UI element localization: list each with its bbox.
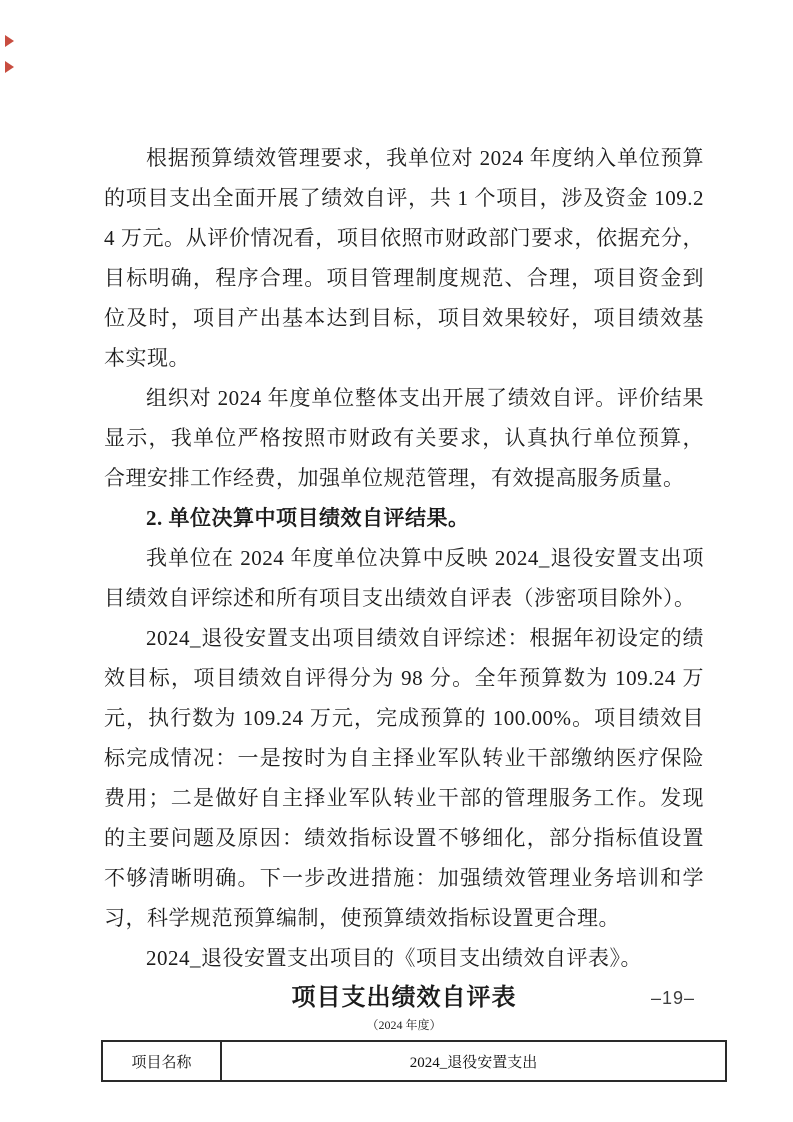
table-subtitle: （2024 年度） xyxy=(104,1016,704,1034)
table-cell-label: 项目名称 xyxy=(102,1041,221,1081)
document-body: 根据预算绩效管理要求，我单位对 2024 年度纳入单位预算的项目支出全面开展了绩… xyxy=(104,138,704,1082)
table-title: 项目支出绩效自评表 xyxy=(104,982,704,1014)
paragraph: 组织对 2024 年度单位整体支出开展了绩效自评。评价结果显示，我单位严格按照市… xyxy=(104,378,704,498)
paragraph: 我单位在 2024 年度单位决算中反映 2024_退役安置支出项目绩效自评综述和… xyxy=(104,538,704,618)
page-number: –19– xyxy=(651,988,695,1009)
project-self-eval-table: 项目名称 2024_退役安置支出 xyxy=(101,1040,727,1082)
document-page: 根据预算绩效管理要求，我单位对 2024 年度纳入单位预算的项目支出全面开展了绩… xyxy=(0,0,793,1122)
section-heading: 2. 单位决算中项目绩效自评结果。 xyxy=(104,498,704,538)
paragraph: 2024_退役安置支出项目绩效自评综述：根据年初设定的绩效目标，项目绩效自评得分… xyxy=(104,618,704,938)
red-mark-icon xyxy=(5,35,14,47)
paragraph: 根据预算绩效管理要求，我单位对 2024 年度纳入单位预算的项目支出全面开展了绩… xyxy=(104,138,704,378)
paragraph: 2024_退役安置支出项目的《项目支出绩效自评表》。 xyxy=(104,938,704,978)
table-cell-value: 2024_退役安置支出 xyxy=(221,1041,726,1081)
table-row: 项目名称 2024_退役安置支出 xyxy=(102,1041,726,1081)
red-mark-icon xyxy=(5,61,14,73)
